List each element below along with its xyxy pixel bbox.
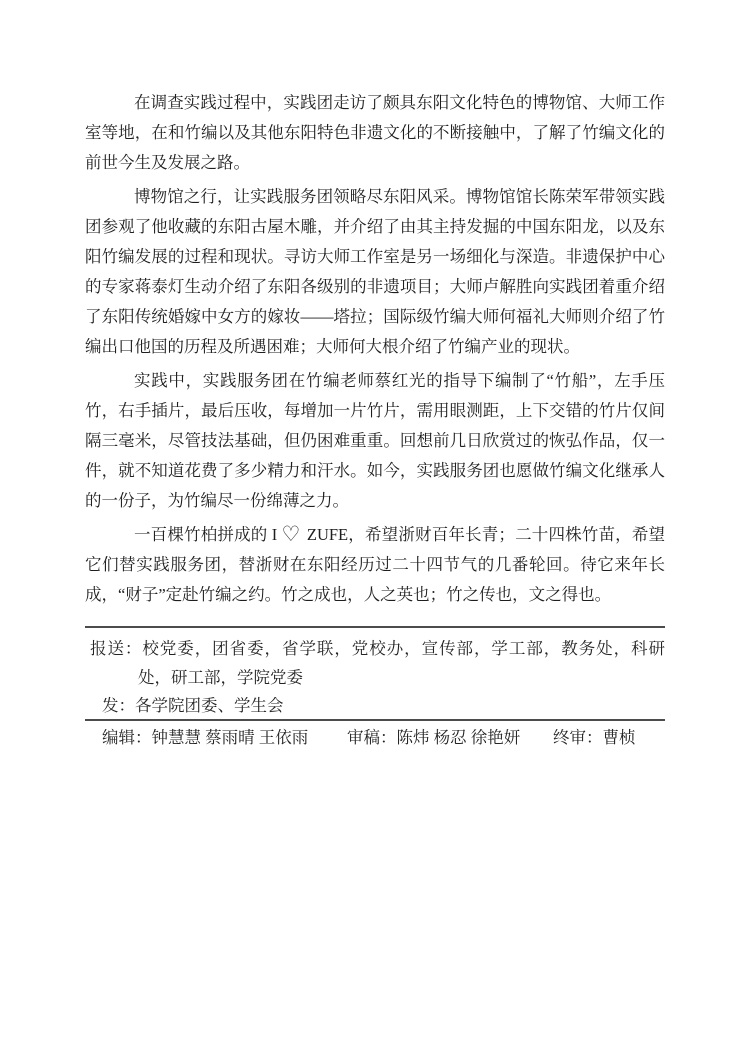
- issue-to-list: 各学院团委、学生会: [135, 696, 284, 715]
- paragraph-intro: 在调查实践过程中，实践团走访了颇具东阳文化特色的博物馆、大师工作室等地，在和竹编…: [85, 88, 665, 178]
- issue-to-row: 发：各学院团委、学生会: [85, 692, 665, 719]
- reviewers-label: 审稿：: [347, 728, 397, 747]
- submit-to-label: 报送：: [90, 639, 142, 658]
- document-body: 在调查实践过程中，实践团走访了颇具东阳文化特色的博物馆、大师工作室等地，在和竹编…: [85, 88, 665, 610]
- editors-names: 钟慧慧 蔡雨晴 王依雨: [152, 728, 309, 747]
- editors-label: 编辑：: [102, 728, 152, 747]
- paragraph-museum-visit: 博物馆之行，让实践服务团领略尽东阳风采。博物馆馆长陈荣军带领实践团参观了他收藏的…: [85, 182, 665, 362]
- issue-to-label: 发：: [102, 696, 135, 715]
- editors-credit: 编辑：钟慧慧 蔡雨晴 王依雨: [102, 728, 308, 748]
- reviewers-names: 陈炜 杨忍 徐艳妍: [397, 728, 521, 747]
- submit-to-row: 报送：校党委，团省委，省学联，党校办，宣传部，学工部，教务处，科研处，研工部，学…: [85, 634, 665, 692]
- divider-top: [85, 626, 665, 628]
- heart-icon: ♡: [282, 522, 303, 546]
- credits-row: 编辑：钟慧慧 蔡雨晴 王依雨 审稿：陈炜 杨忍 徐艳妍 终审：曹桢: [85, 728, 665, 748]
- document-footer: 报送：校党委，团省委，省学联，党校办，宣传部，学工部，教务处，科研处，研工部，学…: [85, 626, 665, 748]
- paragraph-weaving-practice: 实践中，实践服务团在竹编老师蔡红光的指导下编制了“竹船”，左手压竹，右手插片，最…: [85, 366, 665, 516]
- paragraph-closing: 一百棵竹柏拼成的 I ♡ ZUFE，希望浙财百年长青；二十四株竹苗，希望它们替实…: [85, 520, 665, 610]
- divider-bottom: [85, 719, 665, 721]
- document-page: 在调查实践过程中，实践团走访了颇具东阳文化特色的博物馆、大师工作室等地，在和竹编…: [0, 0, 750, 1060]
- submit-to-list: 校党委，团省委，省学联，党校办，宣传部，学工部，教务处，科研处，研工部，学院党委: [138, 639, 665, 687]
- reviewers-credit: 审稿：陈炜 杨忍 徐艳妍: [347, 728, 520, 748]
- final-reviewer-name: 曹桢: [603, 728, 636, 747]
- closing-text-before: 一百棵竹柏拼成的 I: [134, 525, 282, 544]
- final-review-label: 终审：: [553, 728, 603, 747]
- final-review-credit: 终审：曹桢: [553, 728, 636, 748]
